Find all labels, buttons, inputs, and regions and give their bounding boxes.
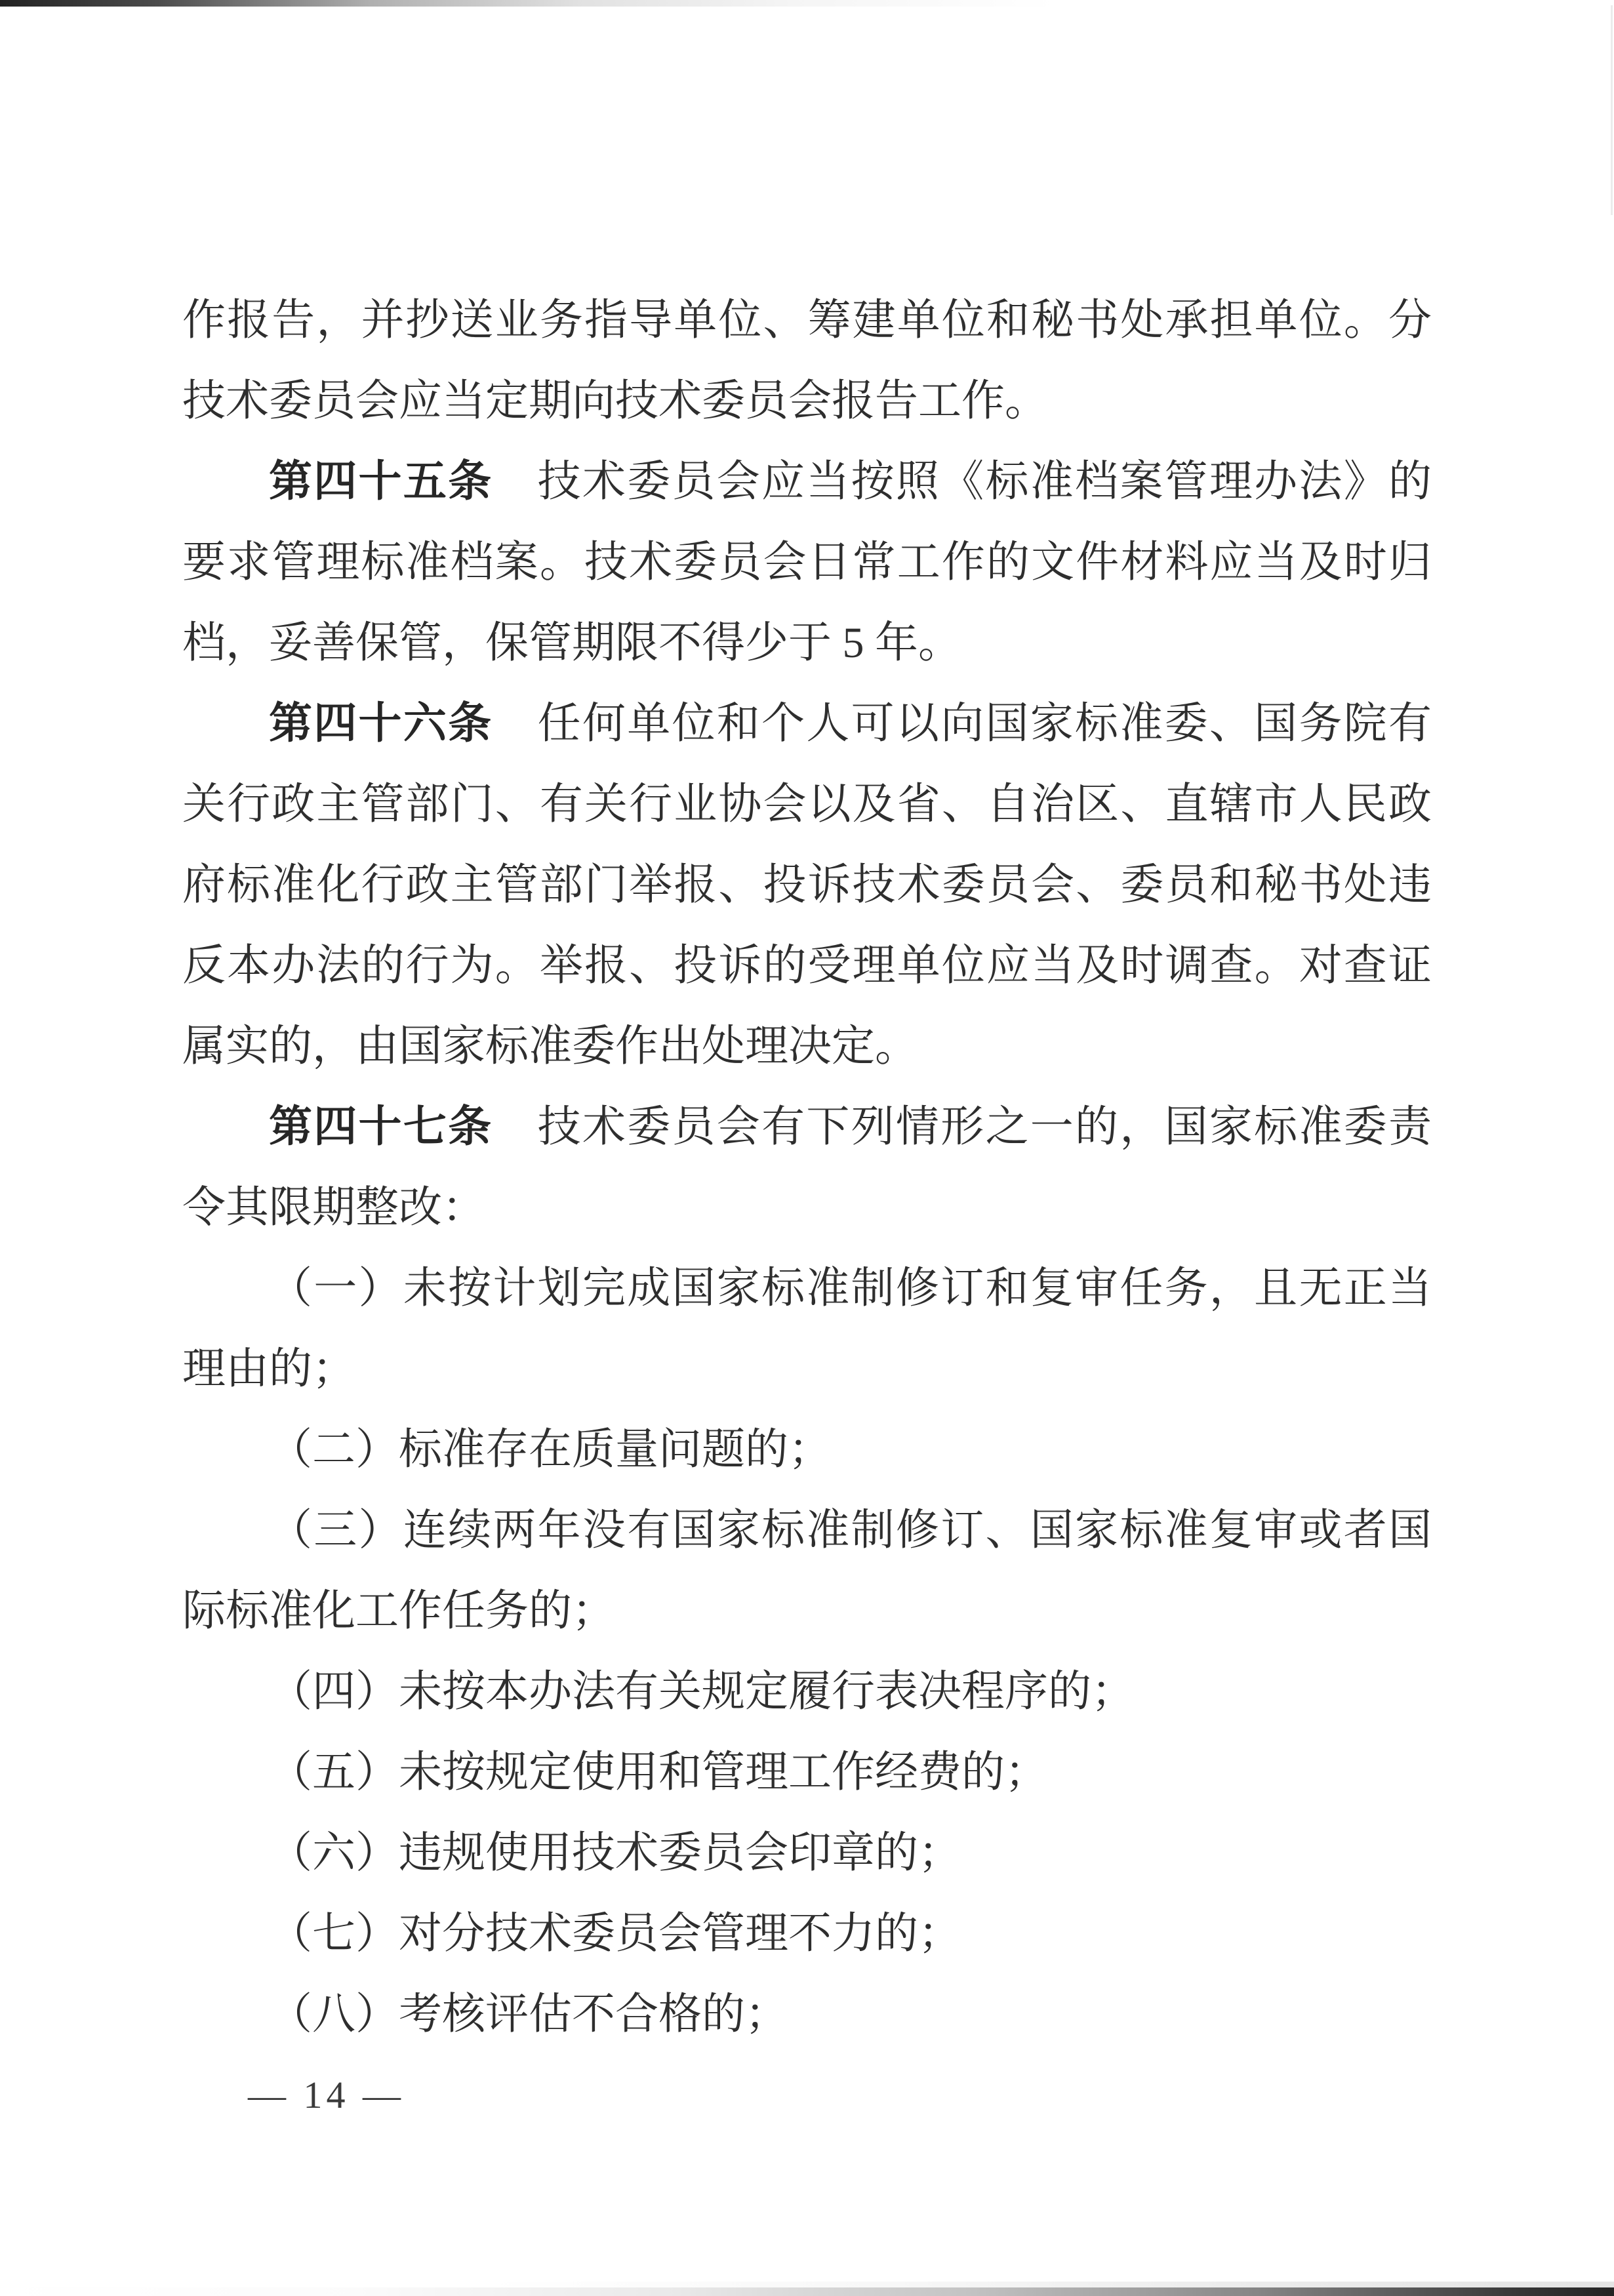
text-line: 反本办法的行为。举报、投诉的受理单位应当及时调查。对查证 xyxy=(182,925,1432,1006)
page-number-row: — 14 — xyxy=(182,2055,1432,2135)
page: 作报告，并抄送业务指导单位、筹建单位和秘书处承担单位。分技术委员会应当定期向技术… xyxy=(0,0,1614,2296)
text-line: （四）未按本办法有关规定履行表决程序的； xyxy=(182,1651,1432,1732)
text-line: 第四十六条 任何单位和个人可以向国家标准委、国务院有 xyxy=(182,683,1432,764)
text-line: （七）对分技术委员会管理不力的； xyxy=(182,1893,1432,1974)
text-line: （五）未按规定使用和管理工作经费的； xyxy=(182,1732,1432,1813)
text-line: （八）考核评估不合格的； xyxy=(182,1974,1432,2055)
text-line: （一）未按计划完成国家标准制修订和复审任务，且无正当 xyxy=(182,1248,1432,1329)
scan-artifact-bottom-shadow xyxy=(0,2282,1614,2287)
scan-artifact-top-edge xyxy=(0,0,1056,7)
line-text: 任何单位和个人可以向国家标准委、国务院有 xyxy=(493,700,1432,748)
scan-artifact-right-edge xyxy=(1611,5,1613,215)
line-text: 技术委员会应当定期向技术委员会报告工作。 xyxy=(182,377,1048,425)
text-line: 第四十七条 技术委员会有下列情形之一的，国家标准委责 xyxy=(182,1087,1432,1167)
text-line: 属实的，由国家标准委作出处理决定。 xyxy=(182,1006,1432,1087)
line-text: 档，妥善保管，保管期限不得少于 5 年。 xyxy=(182,619,961,667)
text-line: （三）连续两年没有国家标准制修订、国家标准复审或者国 xyxy=(182,1490,1432,1571)
text-line: 令其限期整改： xyxy=(182,1167,1432,1248)
line-text: （一）未按计划完成国家标准制修订和复审任务，且无正当 xyxy=(269,1264,1432,1312)
text-line: 际标准化工作任务的； xyxy=(182,1571,1432,1651)
line-text: 反本办法的行为。举报、投诉的受理单位应当及时调查。对查证 xyxy=(182,942,1432,990)
text-line: 作报告，并抄送业务指导单位、筹建单位和秘书处承担单位。分 xyxy=(182,280,1432,361)
article-number: 第四十六条 xyxy=(269,700,493,748)
line-text: （七）对分技术委员会管理不力的； xyxy=(269,1910,961,1958)
article-number: 第四十五条 xyxy=(269,458,493,506)
text-line: （六）违规使用技术委员会印章的； xyxy=(182,1813,1432,1893)
text-line: 要求管理标准档案。技术委员会日常工作的文件材料应当及时归 xyxy=(182,522,1432,603)
text-line: 关行政主管部门、有关行业协会以及省、自治区、直辖市人民政 xyxy=(182,764,1432,845)
line-text: （六）违规使用技术委员会印章的； xyxy=(269,1829,961,1877)
line-text: 理由的； xyxy=(182,1345,355,1393)
line-text: （五）未按规定使用和管理工作经费的； xyxy=(269,1748,1048,1796)
line-text: （三）连续两年没有国家标准制修订、国家标准复审或者国 xyxy=(269,1506,1432,1554)
text-line: 档，妥善保管，保管期限不得少于 5 年。 xyxy=(182,603,1432,683)
text-line: 技术委员会应当定期向技术委员会报告工作。 xyxy=(182,361,1432,441)
line-text: 令其限期整改： xyxy=(182,1184,485,1232)
line-text: 属实的，由国家标准委作出处理决定。 xyxy=(182,1022,918,1070)
line-text: 关行政主管部门、有关行业协会以及省、自治区、直辖市人民政 xyxy=(182,780,1432,828)
text-line: 理由的； xyxy=(182,1329,1432,1409)
text-line: （二）标准存在质量问题的； xyxy=(182,1409,1432,1490)
line-text: （二）标准存在质量问题的； xyxy=(269,1426,832,1474)
line-text: （四）未按本办法有关规定履行表决程序的； xyxy=(269,1668,1135,1716)
line-text: 技术委员会应当按照《标准档案管理办法》的 xyxy=(493,458,1432,506)
scan-artifact-bottom-edge xyxy=(0,2287,1614,2296)
line-text: 际标准化工作任务的； xyxy=(182,1587,615,1635)
document-text: 作报告，并抄送业务指导单位、筹建单位和秘书处承担单位。分技术委员会应当定期向技术… xyxy=(182,280,1432,2055)
article-number: 第四十七条 xyxy=(269,1103,493,1151)
text-line: 府标准化行政主管部门举报、投诉技术委员会、委员和秘书处违 xyxy=(182,845,1432,925)
line-text: 要求管理标准档案。技术委员会日常工作的文件材料应当及时归 xyxy=(182,538,1432,586)
line-text: （八）考核评估不合格的； xyxy=(269,1990,788,2038)
line-text: 作报告，并抄送业务指导单位、筹建单位和秘书处承担单位。分 xyxy=(182,296,1432,344)
line-text: 技术委员会有下列情形之一的，国家标准委责 xyxy=(493,1103,1432,1151)
page-number: — 14 — xyxy=(248,2074,405,2116)
text-line: 第四十五条 技术委员会应当按照《标准档案管理办法》的 xyxy=(182,441,1432,522)
line-text: 府标准化行政主管部门举报、投诉技术委员会、委员和秘书处违 xyxy=(182,861,1432,909)
